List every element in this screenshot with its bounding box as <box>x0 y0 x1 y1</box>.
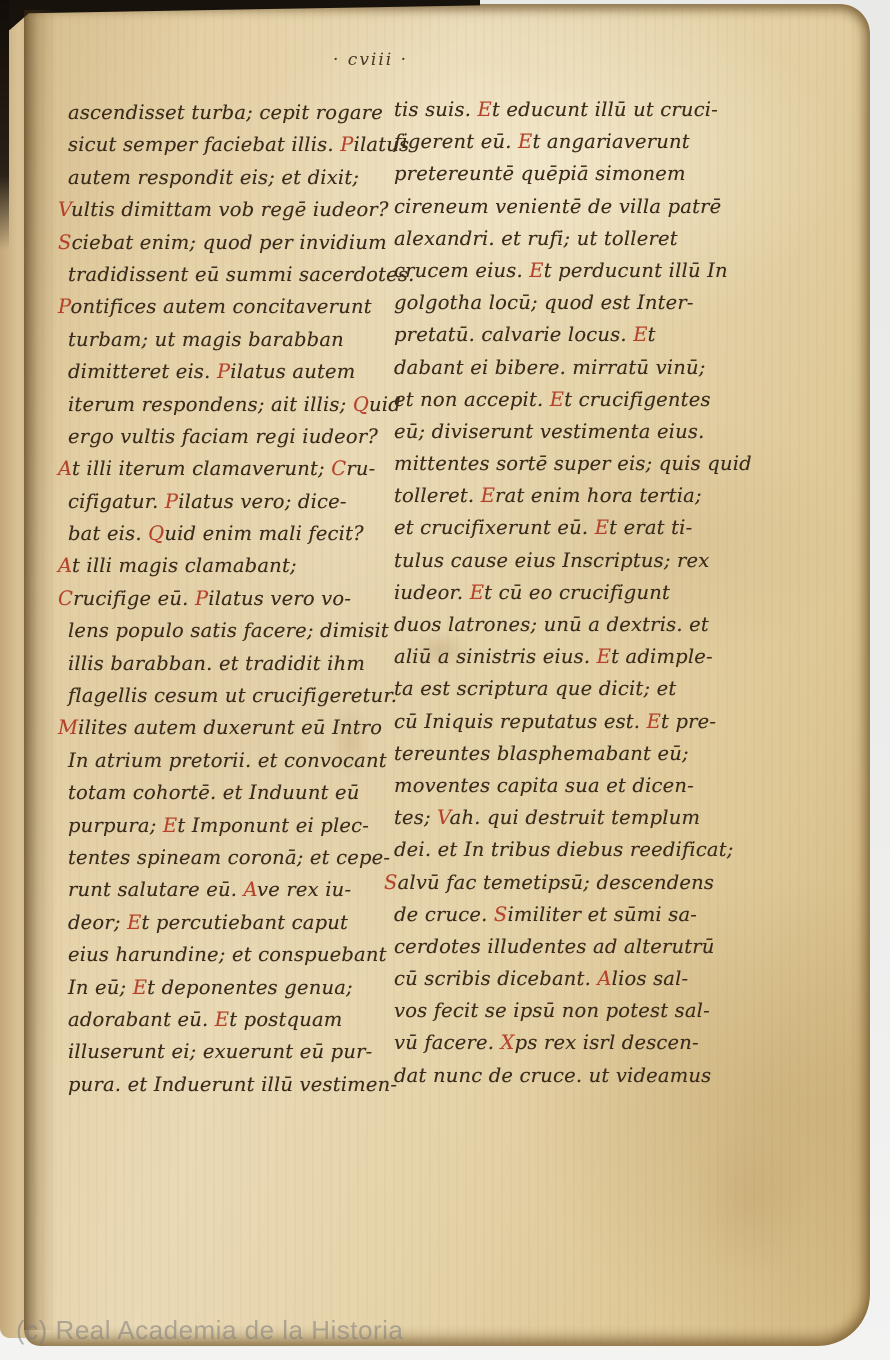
ink-text: deor; <box>68 911 127 934</box>
ink-text: et non accepit. <box>394 388 550 411</box>
ink-text: crucem eius. <box>394 259 529 282</box>
manuscript-line: Salvū fac temetipsū; descendens <box>394 867 866 899</box>
rubric-initial: A <box>244 878 258 901</box>
ink-text: ciebat enim; quod per invidium <box>72 231 387 254</box>
ink-text: tulus cause eius Inscriptus; rex <box>394 549 709 572</box>
rubric-initial: E <box>163 814 177 837</box>
parchment-stain <box>690 1120 810 1280</box>
ink-text: pura. et Induerunt illū vestimen- <box>68 1073 397 1096</box>
ink-text: vū facere. <box>394 1031 501 1054</box>
rubric-initial: X <box>501 1031 515 1054</box>
ink-text: runt salutare eū. <box>68 878 244 901</box>
manuscript-line: ergo vultis faciam regi iudeor? <box>68 421 398 453</box>
ink-text: imiliter et sūmi sa- <box>507 903 697 926</box>
ink-text: In eū; <box>68 976 133 999</box>
manuscript-line: runt salutare eū. Ave rex iu- <box>68 874 398 906</box>
rubric-initial: V <box>58 198 71 221</box>
rubric-initial: E <box>633 323 647 346</box>
manuscript-line: cifigatur. Pilatus vero; dice- <box>68 486 398 518</box>
rubric-initial: C <box>58 587 73 610</box>
ink-text: lens populo satis facere; dimisit <box>68 619 389 642</box>
ink-text: ontifices autem concitaverunt <box>71 295 372 318</box>
manuscript-line: vū facere. Xps rex isrl descen- <box>394 1027 866 1059</box>
manuscript-line: Milites autem duxerunt eū Intro <box>68 712 398 744</box>
ink-text: duos latrones; unū a dextris. et <box>394 613 709 636</box>
ink-text: t deponentes genua; <box>147 976 353 999</box>
manuscript-line: lens populo satis facere; dimisit <box>68 615 398 647</box>
rubric-initial: E <box>550 388 564 411</box>
manuscript-line: figerent eū. Et angariaverunt <box>394 126 866 158</box>
manuscript-line: Sciebat enim; quod per invidium <box>68 227 398 259</box>
rubric-initial: M <box>58 716 78 739</box>
rubric-initial: E <box>478 98 492 121</box>
ink-text: iterum respondens; ait illis; <box>68 393 353 416</box>
ink-text: t illi magis clamabant; <box>72 554 297 577</box>
ink-text: tis suis. <box>394 98 478 121</box>
ink-text: cifigatur. <box>68 490 165 513</box>
manuscript-line: illis barabban. et tradidit ihm <box>68 648 398 680</box>
manuscript-line: ta est scriptura que dicit; et <box>394 673 866 705</box>
rubric-initial: C <box>331 457 346 480</box>
ink-text: vos fecit se ipsū non potest sal- <box>394 999 710 1022</box>
rubric-initial: E <box>215 1008 229 1031</box>
manuscript-line: In eū; Et deponentes genua; <box>68 972 398 1004</box>
manuscript-line: golgotha locū; quod est Inter- <box>394 287 866 319</box>
rubric-initial: E <box>529 259 543 282</box>
rubric-initial: S <box>58 231 72 254</box>
ink-text: ps rex isrl descen- <box>515 1031 699 1054</box>
manuscript-line: adorabant eū. Et postquam <box>68 1004 398 1036</box>
ink-text: t <box>648 323 656 346</box>
manuscript-line: vos fecit se ipsū non potest sal- <box>394 995 866 1027</box>
rubric-initial: E <box>133 976 147 999</box>
ink-text: pretereuntē quēpiā simonem <box>394 162 686 185</box>
rubric-initial: P <box>217 360 230 383</box>
rubric-initial: S <box>384 871 398 894</box>
ink-text: dabant ei bibere. mirratū vinū; <box>394 356 706 379</box>
rubric-initial: E <box>647 710 661 733</box>
book-spine-shadow <box>0 0 9 250</box>
rubric-initial: A <box>58 554 72 577</box>
ink-text: ilatus vero; dice- <box>178 490 346 513</box>
ink-text: rat enim hora tertia; <box>495 484 702 507</box>
manuscript-line: Pontifices autem concitaverunt <box>68 291 398 323</box>
ink-text: cū Iniquis reputatus est. <box>394 710 647 733</box>
manuscript-line: dat nunc de cruce. ut videamus <box>394 1060 866 1092</box>
ink-text: eius harundine; et conspuebant <box>68 943 387 966</box>
ink-text: dei. et In tribus diebus reedificat; <box>394 838 734 861</box>
manuscript-line: Crucifige eū. Pilatus vero vo- <box>68 583 398 615</box>
manuscript-line: cireneum venientē de villa patrē <box>394 191 866 223</box>
manuscript-line: tis suis. Et educunt illū ut cruci- <box>394 94 866 126</box>
ink-text: tes; <box>394 806 437 829</box>
rubric-initial: E <box>481 484 495 507</box>
text-column-right: tis suis. Et educunt illū ut cruci-figer… <box>394 94 866 1092</box>
ink-text: pretatū. calvarie locus. <box>394 323 633 346</box>
manuscript-line: pura. et Induerunt illū vestimen- <box>68 1069 398 1101</box>
manuscript-line: cū scribis dicebant. Alios sal- <box>394 963 866 995</box>
ink-text: t angariaverunt <box>532 130 689 153</box>
photo-backdrop: · cviii · ascendisset turba; cepit rogar… <box>0 0 890 1360</box>
manuscript-line: ascendisset turba; cepit rogare <box>68 97 398 129</box>
manuscript-line: dimitteret eis. Pilatus autem <box>68 356 398 388</box>
ink-text: cerdotes illudentes ad alterutrū <box>394 935 715 958</box>
ink-text: eū; diviserunt vestimenta eius. <box>394 420 705 443</box>
ink-text: ergo vultis faciam regi iudeor? <box>68 425 378 448</box>
ink-text: illis barabban. et tradidit ihm <box>68 652 365 675</box>
rubric-initial: S <box>494 903 508 926</box>
ink-text: moventes capita sua et dicen- <box>394 774 694 797</box>
manuscript-line: iterum respondens; ait illis; Quid <box>68 389 398 421</box>
ink-text: sicut semper faciebat illis. <box>68 133 340 156</box>
ink-text: aliū a sinistris eius. <box>394 645 597 668</box>
manuscript-line: tereuntes blasphemabant eū; <box>394 738 866 770</box>
ink-text: iudeor. <box>394 581 470 604</box>
rubric-initial: P <box>165 490 178 513</box>
manuscript-line: tolleret. Erat enim hora tertia; <box>394 480 866 512</box>
text-column-left: ascendisset turba; cepit rogaresicut sem… <box>68 97 398 1101</box>
manuscript-line: tulus cause eius Inscriptus; rex <box>394 545 866 577</box>
ink-text: t cū eo crucifigunt <box>484 581 670 604</box>
manuscript-line: dabant ei bibere. mirratū vinū; <box>394 352 866 384</box>
rubric-initial: P <box>340 133 353 156</box>
ink-text: de cruce. <box>394 903 494 926</box>
rubric-initial: E <box>597 645 611 668</box>
ink-text: turbam; ut magis barabban <box>68 328 344 351</box>
manuscript-line: In atrium pretorii. et convocant <box>68 745 398 777</box>
ink-text: rucifige eū. <box>73 587 195 610</box>
rubric-initial: P <box>195 587 208 610</box>
ink-text: tradidissent eū summi sacerdotes. <box>68 263 414 286</box>
ink-text: t erat ti- <box>609 516 692 539</box>
rubric-initial: P <box>58 295 71 318</box>
ink-text: illuserunt ei; exuerunt eū pur- <box>68 1040 372 1063</box>
manuscript-line: duos latrones; unū a dextris. et <box>394 609 866 641</box>
manuscript-line: tes; Vah. qui destruit templum <box>394 802 866 834</box>
ink-text: t Imponunt ei plec- <box>177 814 369 837</box>
ink-text: alexandri. et rufi; ut tolleret <box>394 227 678 250</box>
ink-text: t pre- <box>661 710 716 733</box>
ink-text: adorabant eū. <box>68 1008 215 1031</box>
ink-text: dimitteret eis. <box>68 360 217 383</box>
manuscript-line: cū Iniquis reputatus est. Et pre- <box>394 706 866 738</box>
ink-text: t percutiebant caput <box>142 911 349 934</box>
ink-text: autem respondit eis; et dixit; <box>68 166 359 189</box>
ink-text: uid enim mali fecit? <box>164 522 364 545</box>
manuscript-line: autem respondit eis; et dixit; <box>68 162 398 194</box>
ink-text: tentes spineam coronā; et cepe- <box>68 846 390 869</box>
ink-text: t illi iterum clamaverunt; <box>72 457 331 480</box>
ink-text: t adimple- <box>611 645 713 668</box>
manuscript-line: crucem eius. Et perducunt illū In <box>394 255 866 287</box>
manuscript-line: eū; diviserunt vestimenta eius. <box>394 416 866 448</box>
rubric-initial: Q <box>353 393 369 416</box>
ink-text: ultis dimittam vob regē iudeor? <box>71 198 389 221</box>
ink-text: t crucifigentes <box>564 388 710 411</box>
ink-text: ru- <box>346 457 375 480</box>
ink-text: tolleret. <box>394 484 481 507</box>
rubric-initial: A <box>597 967 611 990</box>
manuscript-line: illuserunt ei; exuerunt eū pur- <box>68 1036 398 1068</box>
ink-text: totam cohortē. et Induunt eū <box>68 781 360 804</box>
ink-text: ilites autem duxerunt eū Intro <box>78 716 382 739</box>
manuscript-line: eius harundine; et conspuebant <box>68 939 398 971</box>
ink-text: alvū fac temetipsū; descendens <box>398 871 715 894</box>
manuscript-line: cerdotes illudentes ad alterutrū <box>394 931 866 963</box>
manuscript-line: tentes spineam coronā; et cepe- <box>68 842 398 874</box>
ink-text: ilatus autem <box>230 360 355 383</box>
ink-text: mittentes sortē super eis; quis quid <box>394 452 752 475</box>
manuscript-line: deor; Et percutiebant caput <box>68 907 398 939</box>
rubric-initial: Q <box>148 522 164 545</box>
manuscript-line: pretereuntē quēpiā simonem <box>394 158 866 190</box>
ink-text: tereuntes blasphemabant eū; <box>394 742 689 765</box>
copyright-watermark: (c) Real Academia de la Historia <box>16 1315 403 1346</box>
manuscript-line: purpura; Et Imponunt ei plec- <box>68 810 398 842</box>
manuscript-line: totam cohortē. et Induunt eū <box>68 777 398 809</box>
manuscript-line: At illi iterum clamaverunt; Cru- <box>68 453 398 485</box>
ink-text: cireneum venientē de villa patrē <box>394 195 721 218</box>
ink-text: ilatus vero vo- <box>208 587 351 610</box>
manuscript-line: At illi magis clamabant; <box>68 550 398 582</box>
ink-text: bat eis. <box>68 522 148 545</box>
ink-text: In atrium pretorii. et convocant <box>68 749 387 772</box>
ink-text: t postquam <box>229 1008 342 1031</box>
ink-text: dat nunc de cruce. ut videamus <box>394 1064 711 1087</box>
rubric-initial: E <box>518 130 532 153</box>
manuscript-line: iudeor. Et cū eo crucifigunt <box>394 577 866 609</box>
ink-text: t perducunt illū In <box>544 259 728 282</box>
ink-text: ve rex iu- <box>257 878 351 901</box>
ink-text: flagellis cesum ut crucifigeretur. <box>68 684 397 707</box>
manuscript-line: flagellis cesum ut crucifigeretur. <box>68 680 398 712</box>
ink-text: ah. qui destruit templum <box>450 806 701 829</box>
manuscript-line: de cruce. Similiter et sūmi sa- <box>394 899 866 931</box>
ink-text: ta est scriptura que dicit; et <box>394 677 676 700</box>
ink-text: cū scribis dicebant. <box>394 967 597 990</box>
ink-text: et crucifixerunt eū. <box>394 516 595 539</box>
rubric-initial: A <box>58 457 72 480</box>
manuscript-line: mittentes sortē super eis; quis quid <box>394 448 866 480</box>
manuscript-line: turbam; ut magis barabban <box>68 324 398 356</box>
rubric-initial: V <box>437 806 450 829</box>
manuscript-line: sicut semper faciebat illis. Pilatus <box>68 129 398 161</box>
ink-text: golgotha locū; quod est Inter- <box>394 291 694 314</box>
ink-text: t educunt illū ut cruci- <box>492 98 718 121</box>
folio-number: · cviii · <box>333 50 408 70</box>
manuscript-line: moventes capita sua et dicen- <box>394 770 866 802</box>
manuscript-line: aliū a sinistris eius. Et adimple- <box>394 641 866 673</box>
rubric-initial: E <box>595 516 609 539</box>
ink-text: ascendisset turba; cepit rogare <box>68 101 383 124</box>
gutter-shadow <box>24 10 58 1330</box>
manuscript-line: tradidissent eū summi sacerdotes. <box>68 259 398 291</box>
rubric-initial: E <box>127 911 141 934</box>
rubric-initial: E <box>470 581 484 604</box>
ink-text: purpura; <box>68 814 163 837</box>
ink-text: lios sal- <box>612 967 689 990</box>
manuscript-line: et crucifixerunt eū. Et erat ti- <box>394 512 866 544</box>
manuscript-line: alexandri. et rufi; ut tolleret <box>394 223 866 255</box>
manuscript-line: pretatū. calvarie locus. Et <box>394 319 866 351</box>
manuscript-line: Vultis dimittam vob regē iudeor? <box>68 194 398 226</box>
manuscript-line: et non accepit. Et crucifigentes <box>394 384 866 416</box>
manuscript-line: bat eis. Quid enim mali fecit? <box>68 518 398 550</box>
manuscript-line: dei. et In tribus diebus reedificat; <box>394 834 866 866</box>
ink-text: figerent eū. <box>394 130 518 153</box>
